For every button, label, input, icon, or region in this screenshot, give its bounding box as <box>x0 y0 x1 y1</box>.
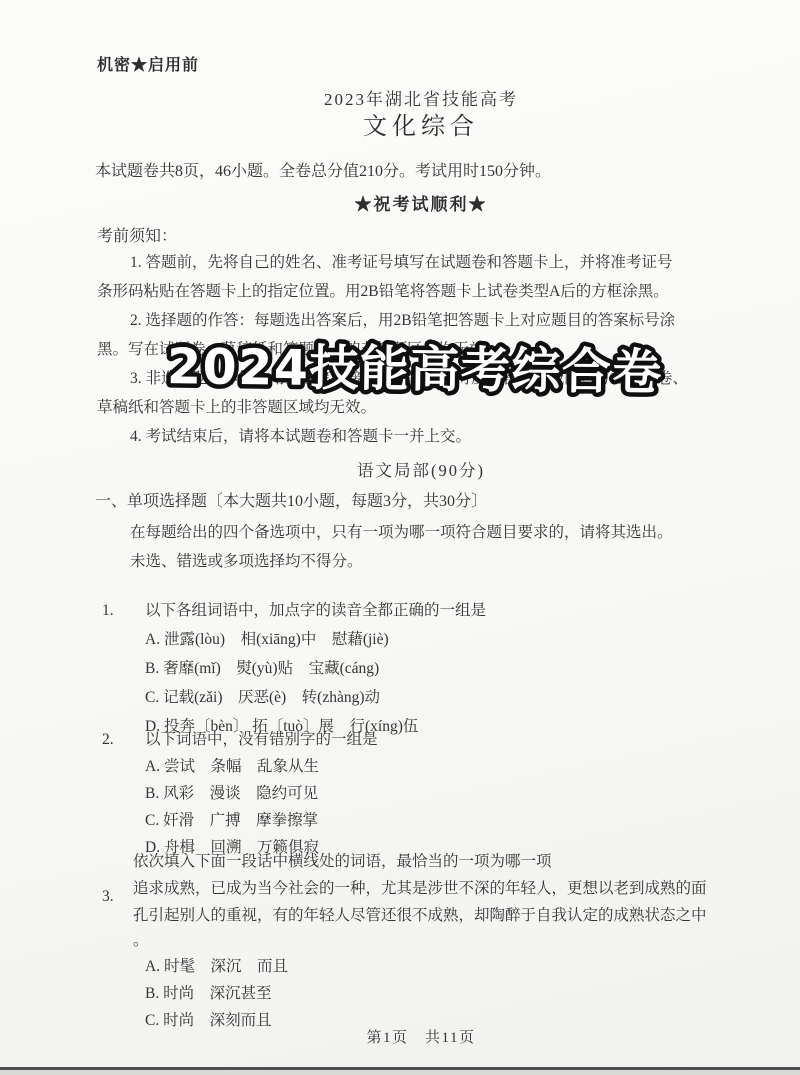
notice-line: 1. 答题前，先将自己的姓名、准考证号填写在试题卷和答题卡上，并将准考证号 <box>97 248 747 277</box>
question-option: A. 时髦 深沉 而且 <box>145 953 747 980</box>
stem-line: 追求成熟，已成为当今社会的一种，尤其是涉世不深的年轻人，更想以老到成熟的面 <box>133 875 747 902</box>
page-footer: 第1页 共11页 <box>97 1026 745 1047</box>
part-instructions: 在每题给出的四个备选项中，只有一项为哪一项符合题目要求的，请将其选出。 未选、错… <box>130 518 745 576</box>
question-option: B. 风彩 漫谈 隐约可见 <box>145 780 747 807</box>
part-title: 一、单项选择题〔本大题共10小题，每题3分，共30分〕 <box>95 488 487 511</box>
exam-wish: ★祝考试顺利★ <box>97 190 745 215</box>
question-2: 2. 以下词语中，没有错别字的一组是 A. 尝试 条幅 乱象从生 B. 风彩 漫… <box>97 726 747 861</box>
question-stem: 以下词语中，没有错别字的一组是 <box>145 726 747 753</box>
paper-info: 本试题卷共8页，46小题。全卷总分值210分。考试用时150分钟。 <box>95 158 551 181</box>
notice-line: 草稿纸和答题卡上的非答题区域均无效。 <box>97 393 747 422</box>
question-option: B. 时尚 深沉甚至 <box>145 980 747 1007</box>
question-lead: 依次填入下面一段话中横线处的词语，最恰当的一项为哪一项 <box>133 848 747 875</box>
instruction-line: 在每题给出的四个备选项中，只有一项为哪一项符合题目要求的，请将其选出。 <box>130 518 745 547</box>
notice-title: 考前须知： <box>97 223 177 246</box>
question-option: A. 尝试 条幅 乱象从生 <box>145 753 747 780</box>
question-stem: 以下各组词语中，加点字的读音全都正确的一组是 <box>145 596 747 625</box>
notice-line: 黑。写在试题卷、草稿纸和答题卡上的非答题区域均无效。 <box>97 335 747 364</box>
notice-paragraphs: 1. 答题前，先将自己的姓名、准考证号填写在试题卷和答题卡上，并将准考证号 条形… <box>97 248 747 451</box>
question-option: C. 奸滑 广搏 摩拳擦掌 <box>145 807 747 834</box>
page-bottom-shadow <box>0 1070 800 1075</box>
question-option: A. 泄露(lòu) 相(xiāng)中 慰藉(jiè) <box>145 625 747 654</box>
question-number: 3. <box>102 888 114 906</box>
instruction-line: 未选、错选或多项选择均不得分。 <box>130 547 745 576</box>
question-number: 1. <box>97 596 145 625</box>
question-option: C. 记载(zǎi) 厌恶(è) 转(zhàng)动 <box>145 683 747 712</box>
stem-line: 孔引起别人的重视，有的年轻人尽管还很不成熟，却陶醉于自我认定的成熟状态之中 <box>133 902 747 929</box>
notice-line: 2. 选择题的作答：每题选出答案后，用2B铅笔把答题卡上对应题目的答案标号涂 <box>97 306 747 335</box>
section-header: 语文局部(90分) <box>97 457 745 481</box>
exam-paper-page: 机密★启用前 2023年湖北省技能高考 文化综合 本试题卷共8页，46小题。全卷… <box>0 0 800 1075</box>
notice-line: 4. 考试结束后，请将本试题卷和答题卡一并上交。 <box>97 422 747 451</box>
classification-label: 机密★启用前 <box>97 52 199 75</box>
notice-line: 条形码粘贴在答题卡上的指定位置。用2B铅笔将答题卡上试卷类型A后的方框涂黑。 <box>97 277 747 306</box>
question-number: 2. <box>97 726 145 753</box>
notice-line: 3. 非选择题的作答：用签字笔直接答在答题卡上对应的答题区域内。写在试题卷、 <box>97 364 747 393</box>
subject-title: 文化综合 <box>97 106 745 141</box>
question-3: 3. 依次填入下面一段话中横线处的词语，最恰当的一项为哪一项 追求成熟，已成为当… <box>97 848 747 1034</box>
question-option: B. 奢靡(mǐ) 熨(yù)贴 宝藏(cáng) <box>145 654 747 683</box>
question-1: 1. 以下各组词语中，加点字的读音全都正确的一组是 A. 泄露(lòu) 相(x… <box>97 596 747 741</box>
stem-line: 。 <box>133 929 747 953</box>
